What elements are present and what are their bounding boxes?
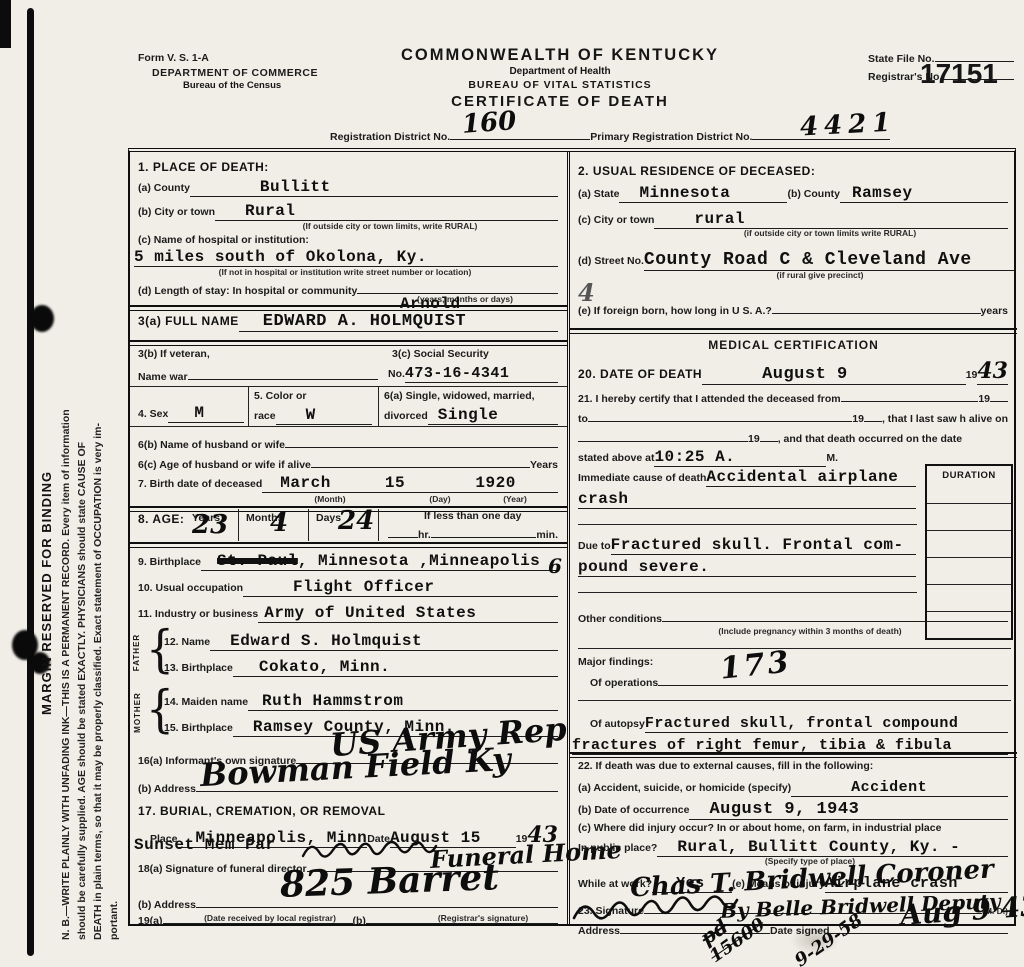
place-of-death-title: 1. PLACE OF DEATH: xyxy=(138,160,269,174)
residence-state-value: Minnesota xyxy=(639,184,730,202)
registrar-no-stamp: 17151 xyxy=(920,58,998,90)
marital-row: divorced Single xyxy=(384,406,558,425)
margin-note-line: should be carefully supplied. AGE should… xyxy=(74,409,90,940)
city-label: (b) City or town xyxy=(138,206,215,218)
residence-city-hint: (if outside city or town limits write RU… xyxy=(690,228,970,238)
foreign-born-suffix: years xyxy=(981,305,1008,317)
industry-row: 11. Industry or business Army of United … xyxy=(138,604,558,623)
race-row: race W xyxy=(254,406,372,425)
due-to-row: Due to Fractured skull. Frontal com- xyxy=(578,536,916,555)
external-c-value: Rural, Bullitt County, Ky. - xyxy=(677,838,960,856)
birthplace-label: 9. Birthplace xyxy=(138,556,201,568)
race-value: W xyxy=(306,406,316,424)
birth-label: 7. Birth date of deceased xyxy=(138,478,262,490)
birthplace-row: 9. Birthplace St. Paul, Minnesota ,Minne… xyxy=(138,552,558,571)
external-c-row: In public place? Rural, Bullitt County, … xyxy=(578,838,1008,857)
row19a-hint: (Date received by local registrar) xyxy=(170,913,370,923)
birthplace-rest: , Minnesota ,Minneapolis xyxy=(298,552,540,570)
due-to-value1: Fractured skull. Frontal com- xyxy=(611,536,904,554)
residence-county-label: (b) County xyxy=(787,188,840,200)
residence-street-row: (d) Street No. County Road C & Cleveland… xyxy=(578,250,1014,271)
hint-day: (Day) xyxy=(410,494,470,504)
county-label: (a) County xyxy=(138,182,190,194)
date-of-death-row: 20. DATE OF DEATH August 9 19 43 xyxy=(578,358,1008,385)
hospital-row: 5 miles south of Okolona, Ky. xyxy=(134,248,558,267)
birth-year: 1920 xyxy=(475,474,515,492)
marital-value: Single xyxy=(438,406,499,424)
external-b-label: (b) Date of occurrence xyxy=(578,804,689,816)
residence-street-hint: (if rural give precinct) xyxy=(720,270,920,280)
residence-city-row: (c) City or town rural xyxy=(578,210,1008,229)
age-months-value: 4 xyxy=(270,508,288,538)
immediate-cause-row2: crash xyxy=(578,490,916,509)
spouse-age-row: 6(c) Age of husband or wife if alive Yea… xyxy=(138,454,558,471)
birth-day: 15 xyxy=(385,474,405,492)
hospital-label: (c) Name of hospital or institution: xyxy=(138,234,309,246)
reg-district-value: 160 xyxy=(461,106,517,140)
race-label: 5. Color or xyxy=(254,390,307,402)
age-min-label: min. xyxy=(536,529,558,541)
foreign-born-label: (e) If foreign born, how long in U S. A.… xyxy=(578,305,772,317)
sex-row: 4. Sex M xyxy=(138,404,244,423)
form-number: Form V. S. 1-A xyxy=(138,52,209,64)
scan-corner-mark xyxy=(0,0,11,48)
immediate-cause-value: Accidental airplane xyxy=(706,468,898,486)
director-address: 825 Barret xyxy=(279,856,499,906)
certify-text-2b: , that I last saw h alive on xyxy=(882,413,1008,425)
ssn-no-label: No. xyxy=(388,368,405,380)
veteran-row: Name war xyxy=(138,366,378,383)
certificate-title: CERTIFICATE OF DEATH xyxy=(330,93,790,110)
am-pm-label: M. xyxy=(826,452,838,464)
residence-county-value: Ramsey xyxy=(852,184,913,202)
hint-month: (Month) xyxy=(290,494,370,504)
time-of-death: 10:25 A. xyxy=(654,448,735,466)
immediate-cause-row: Immediate cause of death Accidental airp… xyxy=(578,468,916,487)
ssn-label: 3(c) Social Security xyxy=(392,348,489,360)
burial-place2: Sunset Mem Par xyxy=(134,836,275,854)
external-causes-title: 22. If death was due to external causes,… xyxy=(578,760,873,772)
autopsy-value1: Fractured skull, frontal compound xyxy=(645,715,959,732)
father-name-label: 12. Name xyxy=(164,636,210,648)
operations-row: Of operations xyxy=(590,672,1008,689)
due-to-value2: pound severe. xyxy=(578,558,709,576)
industry-value: Army of United States xyxy=(264,604,476,622)
row19a-label: 19(a) xyxy=(138,915,163,927)
immediate-cause-value2: crash xyxy=(578,490,629,508)
external-b-row: (b) Date of occurrence August 9, 1943 xyxy=(578,800,1008,820)
name-above: Arnold xyxy=(400,295,461,313)
dod-year-value: 43 xyxy=(977,358,1008,385)
age-hr-min-row: hr. min. xyxy=(388,524,558,541)
nineteen-1: 19 xyxy=(978,393,990,405)
bureau-census: Bureau of the Census xyxy=(183,80,281,91)
spouse-age-label: 6(c) Age of husband or wife if alive xyxy=(138,459,311,471)
city-hint: (If outside city or town limits, write R… xyxy=(240,221,540,231)
full-name-label: 3(a) FULL NAME xyxy=(138,314,239,328)
birthplace-margin-note: 6 xyxy=(548,554,562,578)
external-a-value: Accident xyxy=(851,779,927,796)
veteran-label: 3(b) If veteran, xyxy=(138,348,210,360)
due-to-label: Due to xyxy=(578,540,611,552)
certify-line4: stated above at 10:25 A. M. xyxy=(578,448,838,467)
mother-side-label: MOTHER xyxy=(133,692,142,733)
certificate-form: 1. PLACE OF DEATH: (a) County Bullitt (b… xyxy=(128,148,1016,926)
age-days-value: 24 xyxy=(338,506,374,536)
mother-name-row: 14. Maiden name Ruth Hammstrom xyxy=(164,692,558,711)
margin-binding-text: MARGIN RESERVED FOR BINDING xyxy=(38,471,56,715)
margin-note-line: portant. xyxy=(106,409,122,940)
operations-label: Of operations xyxy=(590,677,658,689)
spouse-age-suffix: Years xyxy=(530,459,558,471)
full-name-row: 3(a) FULL NAME EDWARD A. HOLMQUIST xyxy=(138,312,558,332)
spouse-row: 6(b) Name of husband or wife xyxy=(138,434,558,451)
other-conditions-row: Other conditions xyxy=(578,608,1008,625)
certify-to-label: to xyxy=(578,413,588,425)
foreign-born-row: (e) If foreign born, how long in U S. A.… xyxy=(578,300,1008,317)
certifier-addr-label: Address xyxy=(578,925,620,937)
birth-date-row: 7. Birth date of deceased March 15 1920 xyxy=(138,474,558,493)
father-birthplace-label: 13. Birthplace xyxy=(164,662,233,674)
dod-year-prefix: 19 xyxy=(966,369,978,381)
certify-text-1: 21. I hereby certify that I attended the… xyxy=(578,393,841,405)
age-label: 8. AGE: xyxy=(138,512,184,526)
commonwealth-title: COMMONWEALTH OF KENTUCKY xyxy=(330,46,790,65)
reg-district-label: Registration District No. xyxy=(330,131,450,143)
county-value: Bullitt xyxy=(260,178,331,196)
residence-city-value: rural xyxy=(694,210,745,228)
primary-district-label: Primary Registration District No. xyxy=(590,131,752,143)
medical-certification-title: MEDICAL CERTIFICATION xyxy=(570,338,1017,352)
autopsy-label: Of autopsy xyxy=(590,718,645,730)
margin-note-line: N. B.—WRITE PLAINLY WITH UNFADING INK—TH… xyxy=(58,409,74,940)
birth-month: March xyxy=(280,474,331,492)
margin-note-text: N. B.—WRITE PLAINLY WITH UNFADING INK—TH… xyxy=(58,409,122,940)
full-name-value: EDWARD A. HOLMQUIST xyxy=(263,312,466,331)
spouse-label: 6(b) Name of husband or wife xyxy=(138,439,285,451)
residence-state-row: (a) State Minnesota (b) County Ramsey xyxy=(578,184,1008,203)
city-value: Rural xyxy=(245,202,296,220)
bureau-vital: BUREAU OF VITAL STATISTICS xyxy=(330,79,790,91)
marital-label: 6(a) Single, widowed, married, xyxy=(384,390,535,402)
certify-line1: 21. I hereby certify that I attended the… xyxy=(578,388,1008,405)
sex-value: M xyxy=(194,404,204,422)
occupation-value: Flight Officer xyxy=(293,578,434,596)
operations-value: 173 xyxy=(718,644,793,686)
father-birthplace-row: 13. Birthplace Cokato, Minn. xyxy=(164,658,558,677)
marital-label2: divorced xyxy=(384,410,428,422)
external-a-label: (a) Accident, suicide, or homicide (spec… xyxy=(578,782,791,794)
veteran-label2: Name war xyxy=(138,371,188,383)
age-years-value: 23 xyxy=(192,510,228,540)
left-column: 1. PLACE OF DEATH: (a) County Bullitt (b… xyxy=(130,152,567,924)
certify-line2: to 19 , that I last saw h alive on xyxy=(578,408,1008,425)
duration-label: DURATION xyxy=(927,470,1011,481)
age-less-label: If less than one day xyxy=(424,510,521,522)
dept-health: Department of Health xyxy=(330,66,790,77)
residence-state-label: (a) State xyxy=(578,188,619,200)
father-side-label: FATHER xyxy=(132,634,141,671)
row19b-hint: (Registrar's signature) xyxy=(408,913,558,923)
city-row: (b) City or town Rural xyxy=(138,202,558,221)
margin-note-line: DEATH in plain terms, so that it may be … xyxy=(90,409,106,940)
occupation-label: 10. Usual occupation xyxy=(138,582,243,594)
father-name-value: Edward S. Holmquist xyxy=(230,632,422,650)
dod-value: August 9 xyxy=(762,365,848,384)
binding-edge-line xyxy=(27,8,34,956)
nineteen-2: 19 xyxy=(852,413,864,425)
due-to-row2: pound severe. xyxy=(578,558,916,577)
stay-label: (d) Length of stay: In hospital or commu… xyxy=(138,285,357,297)
residence-city-label: (c) City or town xyxy=(578,214,654,226)
ssn-row: No. 473-16-4341 xyxy=(388,364,558,383)
father-name-row: 12. Name Edward S. Holmquist xyxy=(164,632,558,651)
ink-blot xyxy=(30,305,54,332)
father-birthplace-value: Cokato, Minn. xyxy=(259,658,390,676)
mother-name-value: Ruth Hammstrom xyxy=(262,692,403,710)
nineteen-3: 19 xyxy=(748,433,760,445)
hospital-value: 5 miles south of Okolona, Ky. xyxy=(134,248,427,266)
certify-line3: 19 , and that death occurred on the date xyxy=(578,428,1008,445)
external-b-value: August 9, 1943 xyxy=(709,800,859,819)
mother-name-label: 14. Maiden name xyxy=(164,696,248,708)
residence-street-label: (d) Street No. xyxy=(578,255,644,267)
right-column: 2. USUAL RESIDENCE OF DECEASED: (a) Stat… xyxy=(567,152,1017,924)
birthplace-struck: St. Paul xyxy=(217,552,298,570)
dod-label: 20. DATE OF DEATH xyxy=(578,367,702,381)
residence-street-value: County Road C & Cleveland Ave xyxy=(644,250,972,270)
dept-commerce: DEPARTMENT OF COMMERCE xyxy=(152,67,318,79)
burial-title: 17. BURIAL, CREMATION, OR REMOVAL xyxy=(138,804,385,818)
immediate-cause-label: Immediate cause of death xyxy=(578,472,706,484)
external-c-label: (c) Where did injury occur? In or about … xyxy=(578,822,941,834)
race-label2: race xyxy=(254,410,276,422)
certify-text-4: stated above at xyxy=(578,452,654,464)
external-c-label2: In public place? xyxy=(578,842,657,854)
hospital-hint: (If not in hospital or institution write… xyxy=(160,267,530,277)
age-hr-label: hr. xyxy=(418,529,431,541)
major-findings-label: Major findings: xyxy=(578,656,653,668)
external-a-row: (a) Accident, suicide, or homicide (spec… xyxy=(578,778,1008,797)
margin-binding-label: MARGIN RESERVED FOR BINDING xyxy=(39,471,54,715)
mother-birthplace-label: 15. Birthplace xyxy=(164,722,233,734)
industry-label: 11. Industry or business xyxy=(138,608,258,620)
autopsy-row: Of autopsy Fractured skull, frontal comp… xyxy=(590,714,1008,733)
hint-year: (Year) xyxy=(485,494,545,504)
other-conditions-label: Other conditions xyxy=(578,613,662,625)
sex-label: 4. Sex xyxy=(138,408,168,420)
informant-addr-label: (b) Address xyxy=(138,783,196,795)
certify-text-3: , and that death occurred on the date xyxy=(778,433,962,445)
residence-title: 2. USUAL RESIDENCE OF DECEASED: xyxy=(578,164,815,178)
primary-district-value: 4421 xyxy=(799,107,897,142)
ssn-value: 473-16-4341 xyxy=(405,365,510,382)
other-conditions-hint: (Include pregnancy within 3 months of de… xyxy=(680,626,940,636)
occupation-row: 10. Usual occupation Flight Officer xyxy=(138,578,558,597)
county-row: (a) County Bullitt xyxy=(138,178,558,197)
